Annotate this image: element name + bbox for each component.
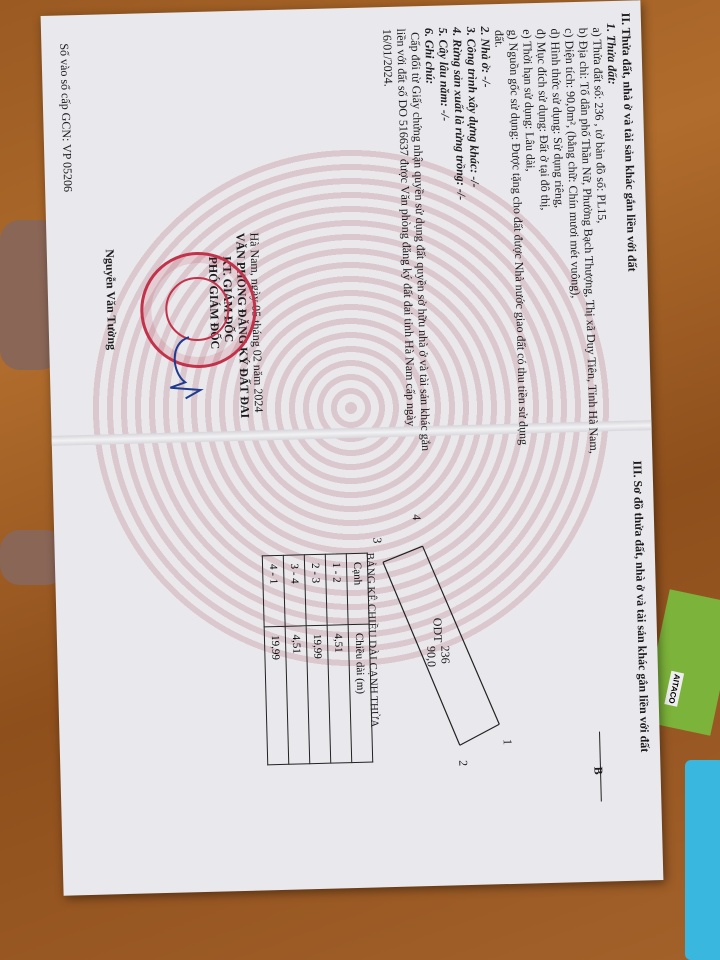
length-col-header: Chiều dài (m)	[348, 624, 373, 762]
registry-number: Số vào sổ cấp GCN: VP 05206	[57, 43, 75, 192]
section2-title: II. Thửa đất, nhà ở và tài sản khác gắn …	[618, 13, 639, 272]
perennial-trees: 5. Cây lâu năm: -/-	[436, 27, 453, 121]
parcel-no: 236	[438, 645, 453, 663]
house: 2. Nhà ở: -/-	[478, 26, 494, 87]
parcel-land-type: ODT	[430, 618, 445, 643]
parcel-diagram	[354, 500, 662, 808]
signature	[159, 332, 211, 403]
blue-container	[685, 760, 720, 960]
notes-heading: 6. Ghi chú:	[422, 28, 438, 85]
signer-name: Nguyễn Văn Tường	[102, 249, 119, 350]
package-label: AITACO	[664, 671, 684, 707]
vertex-2: 2	[456, 760, 471, 766]
edge-table: CạnhChiều dài (m) 1 - 24,51 2 - 319,99 3…	[210, 553, 373, 767]
use-origin-cont: đất.	[492, 30, 507, 48]
north-arrow: B	[591, 766, 606, 774]
vertex-4: 4	[409, 514, 424, 520]
vertex-3: 3	[370, 537, 385, 543]
edge-col-header: Cạnh	[346, 553, 369, 625]
parcel-area: 90,0	[424, 646, 439, 667]
land-certificate-page: II. Thửa đất, nhà ở và tài sản khác gắn …	[41, 0, 664, 895]
section2-sub1: 1. Thửa đất:	[603, 23, 619, 85]
note-line-3: 16/01/2024.	[380, 29, 396, 87]
vertex-1: 1	[500, 739, 515, 745]
